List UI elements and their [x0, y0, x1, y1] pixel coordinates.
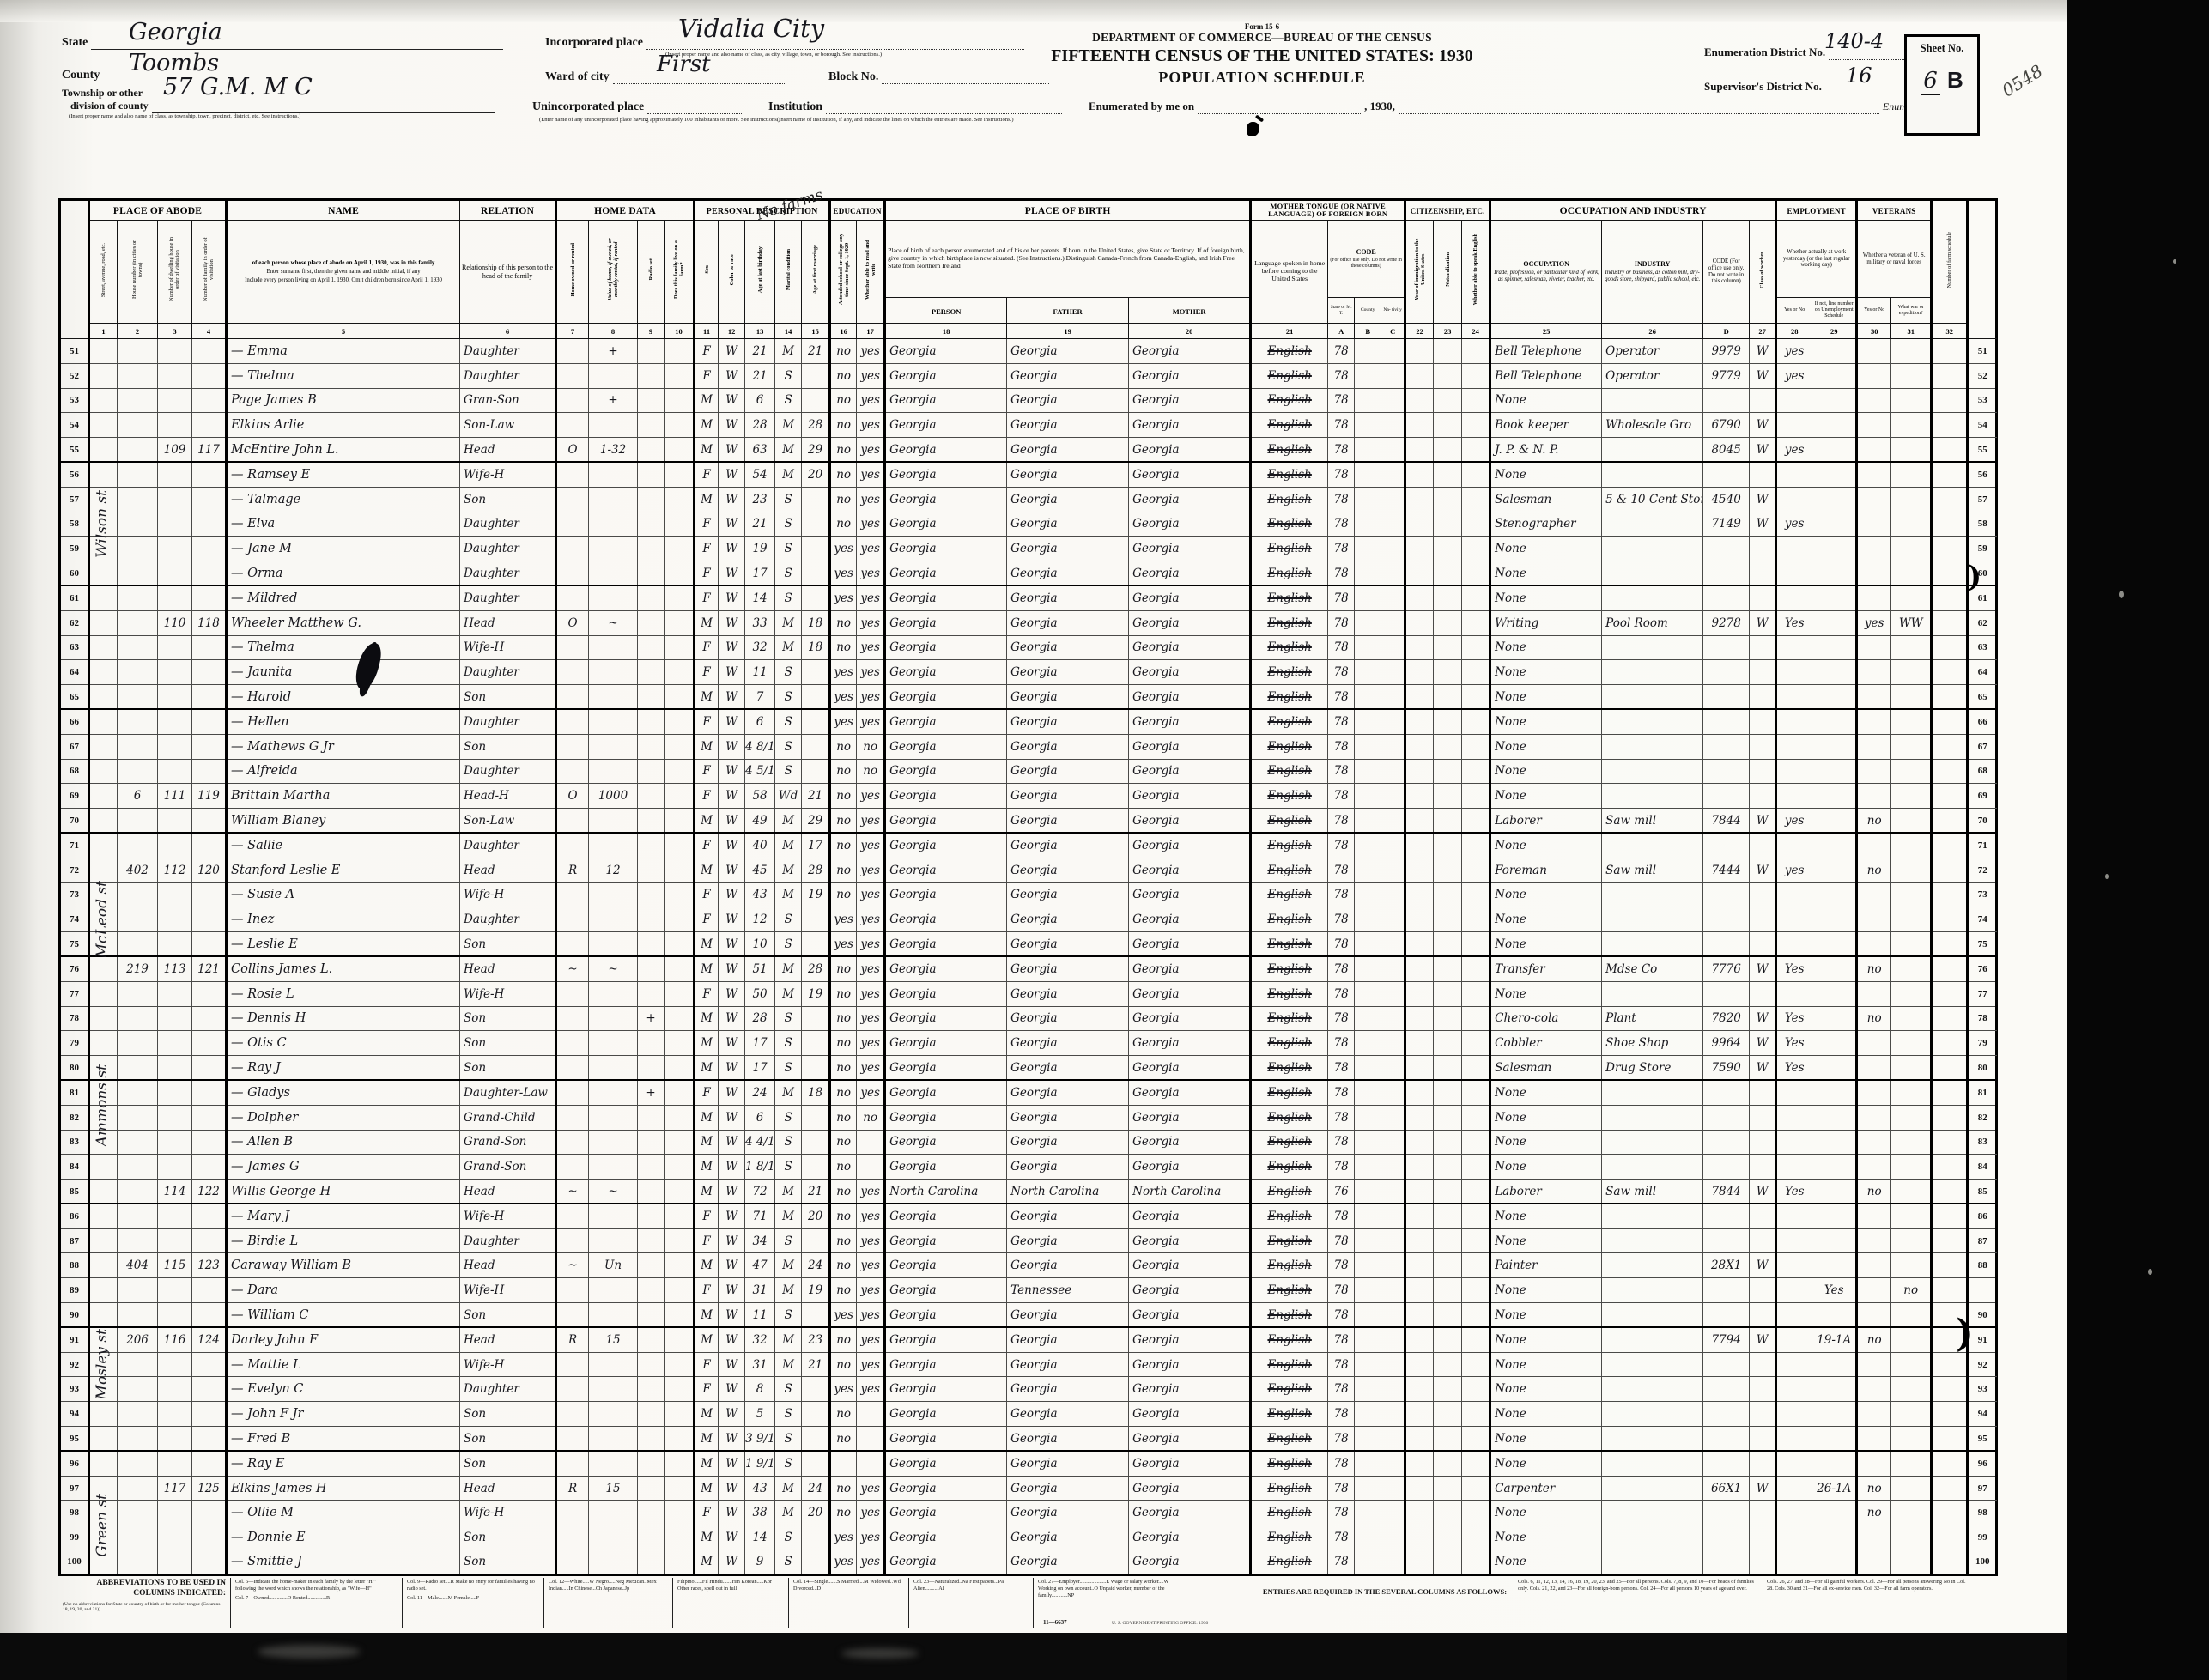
- cell: 15: [589, 1476, 638, 1501]
- cell: [158, 1550, 192, 1575]
- cell: [1812, 709, 1857, 734]
- cell: [192, 1352, 227, 1377]
- cell: 31: [745, 1352, 775, 1377]
- cell: 114: [158, 1180, 192, 1204]
- col-home-owned: Home owned or rented: [556, 221, 589, 324]
- cell: [1776, 1352, 1812, 1377]
- cell: [118, 1303, 158, 1328]
- cell: [1355, 1327, 1381, 1352]
- cell: yes: [830, 561, 857, 586]
- cell: [118, 1427, 158, 1452]
- cell: [1703, 1377, 1750, 1402]
- cell: [1405, 339, 1434, 364]
- cell: [1434, 1130, 1462, 1155]
- cell: [89, 537, 118, 561]
- cell: [1891, 907, 1932, 932]
- cell: Wife-H: [460, 635, 556, 660]
- col-age-marriage: Age at first marriage: [802, 221, 830, 324]
- cell: [1462, 759, 1490, 784]
- cell: Georgia: [1007, 882, 1129, 907]
- cell: [1405, 561, 1434, 586]
- cell: [1602, 1278, 1703, 1303]
- cell: [1776, 1253, 1812, 1278]
- line-number-cell: 92: [60, 1352, 89, 1377]
- cell: [1381, 660, 1405, 685]
- cell: Son: [460, 1031, 556, 1056]
- cell: [1750, 981, 1776, 1006]
- cell: English: [1251, 1056, 1328, 1081]
- cell: Head: [460, 1327, 556, 1352]
- cell: Head: [460, 956, 556, 981]
- cell: W: [719, 487, 745, 512]
- cell: F: [695, 1352, 719, 1377]
- cell: 78: [1328, 956, 1355, 981]
- line-number-cell: 80: [60, 1056, 89, 1081]
- cell: [192, 1501, 227, 1525]
- line-number-cell: 56: [1968, 462, 1997, 487]
- cell: Pool Room: [1602, 610, 1703, 635]
- cell: Georgia: [885, 956, 1007, 981]
- cell: Cobbler: [1490, 1031, 1602, 1056]
- col-color-race: Color or race: [719, 221, 745, 324]
- cell: [1891, 1427, 1932, 1452]
- cell: [1355, 1451, 1381, 1476]
- cell: [1602, 734, 1703, 759]
- line-number-cell: 85: [1968, 1180, 1997, 1204]
- cell: [1932, 388, 1968, 413]
- cell: [158, 809, 192, 834]
- cell: [1405, 1476, 1434, 1501]
- cell: English: [1251, 462, 1328, 487]
- cell: [1355, 932, 1381, 957]
- cell: [1602, 537, 1703, 561]
- cell: [1405, 907, 1434, 932]
- cell: 20: [802, 1501, 830, 1525]
- cell: [1891, 363, 1932, 388]
- cell: W: [719, 907, 745, 932]
- cell: [1355, 1056, 1381, 1081]
- line-number-cell: 74: [60, 907, 89, 932]
- cell: English: [1251, 561, 1328, 586]
- cell: Georgia: [1129, 1303, 1251, 1328]
- cell: [1405, 1402, 1434, 1427]
- cell: Georgia: [1129, 907, 1251, 932]
- cell: [802, 1155, 830, 1180]
- cell: [1750, 882, 1776, 907]
- cell: [1703, 907, 1750, 932]
- cell: [665, 1031, 695, 1056]
- cell: [1891, 784, 1932, 809]
- cell: [1812, 1377, 1857, 1402]
- cell: [556, 1080, 589, 1105]
- cell: S: [775, 1228, 802, 1253]
- cell: no: [830, 512, 857, 537]
- cell: Wife-H: [460, 1278, 556, 1303]
- cell: [1434, 1105, 1462, 1130]
- cell: Saw mill: [1602, 809, 1703, 834]
- cell: no: [830, 1476, 857, 1501]
- cell: English: [1251, 1377, 1328, 1402]
- line-number-cell: 53: [1968, 388, 1997, 413]
- cell: Georgia: [885, 1278, 1007, 1303]
- cell: S: [775, 585, 802, 610]
- cell: no: [830, 882, 857, 907]
- cell: O: [556, 784, 589, 809]
- cell: Georgia: [1129, 1278, 1251, 1303]
- col-relation-desc: Relationship of this person to the head …: [460, 221, 556, 324]
- cell: [1405, 956, 1434, 981]
- cell: no: [830, 734, 857, 759]
- cell: [638, 784, 665, 809]
- cell: 6: [745, 709, 775, 734]
- abbreviations-title-block: ABBREVIATIONS TO BE USED IN COLUMNS INDI…: [58, 1578, 230, 1628]
- cell: [589, 1031, 638, 1056]
- cell: 78: [1328, 734, 1355, 759]
- cell: [192, 363, 227, 388]
- line-number-cell: 73: [1968, 882, 1997, 907]
- line-number-cell: 54: [60, 413, 89, 438]
- cell: Georgia: [1129, 1031, 1251, 1056]
- cell: [665, 561, 695, 586]
- cell: [192, 809, 227, 834]
- cell: 123: [192, 1253, 227, 1278]
- cell: [1602, 1130, 1703, 1155]
- cell: [1776, 1427, 1812, 1452]
- cell: Yes: [1776, 1180, 1812, 1204]
- cell: Georgia: [1129, 1402, 1251, 1427]
- cell: F: [695, 660, 719, 685]
- cell: [1602, 512, 1703, 537]
- cell: F: [695, 882, 719, 907]
- cell: 5 & 10 Cent Store: [1602, 487, 1703, 512]
- cell: S: [775, 1130, 802, 1155]
- cell: 78: [1328, 660, 1355, 685]
- cell: [1776, 1377, 1812, 1402]
- cell: [89, 1105, 118, 1130]
- cell: J. P. & N. P.: [1490, 438, 1602, 463]
- cell: [89, 709, 118, 734]
- page-curl-mark-2: ): [1968, 560, 1981, 594]
- cell: yes: [1776, 512, 1812, 537]
- cell: [1462, 388, 1490, 413]
- cell: [118, 1031, 158, 1056]
- cell: Son-Law: [460, 413, 556, 438]
- cell: 17: [745, 1056, 775, 1081]
- cell: 3 9/12: [745, 1427, 775, 1452]
- cell: [1405, 734, 1434, 759]
- cell: [1891, 932, 1932, 957]
- cell: [1462, 1501, 1490, 1525]
- cell: [1703, 1402, 1750, 1427]
- cell: [638, 1130, 665, 1155]
- cell: no: [1857, 1180, 1891, 1204]
- cell: Georgia: [885, 1427, 1007, 1452]
- cell: [1462, 487, 1490, 512]
- cell: [89, 1278, 118, 1303]
- cell: yes: [857, 339, 885, 364]
- cell: [1932, 1352, 1968, 1377]
- cell: None: [1490, 1402, 1602, 1427]
- scan-speck: [2119, 591, 2124, 598]
- cell: [1405, 809, 1434, 834]
- cell: 78: [1328, 537, 1355, 561]
- cell: [1703, 709, 1750, 734]
- cell: [1462, 438, 1490, 463]
- cell: Georgia: [885, 438, 1007, 463]
- cell: 10: [745, 932, 775, 957]
- cell: [192, 413, 227, 438]
- cell: [1462, 339, 1490, 364]
- institution-note: (Insert name of institution, if any, and…: [777, 117, 1077, 124]
- table-row: 85114122Willis George HHead~~MW72M21noye…: [60, 1180, 1997, 1204]
- cell: [1812, 1056, 1857, 1081]
- cell: 28: [802, 858, 830, 882]
- cell: W: [719, 956, 745, 981]
- cell: [192, 561, 227, 586]
- cell: [802, 1377, 830, 1402]
- line-number-cell: 91: [60, 1327, 89, 1352]
- cell: 78: [1328, 1278, 1355, 1303]
- cell: 78: [1328, 784, 1355, 809]
- cell: W: [719, 537, 745, 561]
- cell: yes: [857, 956, 885, 981]
- cell: [1891, 462, 1932, 487]
- cell: [802, 1550, 830, 1575]
- cell: [1434, 709, 1462, 734]
- cell: [1932, 339, 1968, 364]
- cell: [1891, 413, 1932, 438]
- cell: yes: [830, 660, 857, 685]
- cell: [665, 438, 695, 463]
- cell: [638, 438, 665, 463]
- cell: [192, 981, 227, 1006]
- cell: Georgia: [1007, 660, 1129, 685]
- cell: [1703, 462, 1750, 487]
- cell: [192, 734, 227, 759]
- table-row: 55109117McEntire John L.HeadO1-32MW63M29…: [60, 438, 1997, 463]
- cell: — Ollie M: [227, 1501, 460, 1525]
- cell: North Carolina: [885, 1180, 1007, 1204]
- cell: [1355, 561, 1381, 586]
- cell: 402: [118, 858, 158, 882]
- cell: [556, 734, 589, 759]
- cell: [1703, 660, 1750, 685]
- incorporated-value: Vidalia City: [678, 14, 824, 43]
- cell: [1405, 462, 1434, 487]
- cell: yes: [857, 1525, 885, 1550]
- cell: [556, 1402, 589, 1427]
- line-number-cell: 100: [1968, 1550, 1997, 1575]
- cell: [857, 1155, 885, 1180]
- sheet-label: Sheet No.: [1907, 42, 1977, 55]
- cell: [1812, 1427, 1857, 1452]
- table-row: 54Elkins ArlieSon-LawMW28M28noyesGeorgia…: [60, 413, 1997, 438]
- cell: [857, 1130, 885, 1155]
- cell: [1812, 585, 1857, 610]
- cell: +: [638, 1006, 665, 1031]
- cell: [1891, 660, 1932, 685]
- cell: None: [1490, 882, 1602, 907]
- cell: Georgia: [885, 1327, 1007, 1352]
- cell: [89, 1056, 118, 1081]
- line-number-cell: 99: [60, 1525, 89, 1550]
- cell: [1891, 339, 1932, 364]
- cell: English: [1251, 1080, 1328, 1105]
- cell: [1812, 1204, 1857, 1228]
- cell: [158, 1525, 192, 1550]
- cell: [1405, 1155, 1434, 1180]
- cell: Georgia: [885, 1253, 1007, 1278]
- cell: [1776, 537, 1812, 561]
- cell: [1776, 1525, 1812, 1550]
- cell: Georgia: [1007, 1501, 1129, 1525]
- cell: [1381, 1056, 1405, 1081]
- cell: [638, 1451, 665, 1476]
- cell: [158, 1228, 192, 1253]
- cell: [118, 907, 158, 932]
- cell: [1434, 339, 1462, 364]
- table-row: 97117125Elkins James HHeadR15MW43M24noye…: [60, 1476, 1997, 1501]
- cell: 78: [1328, 685, 1355, 710]
- cell: yes: [857, 1006, 885, 1031]
- cell: S: [775, 1402, 802, 1427]
- cell: — Orma: [227, 561, 460, 586]
- cell: [1602, 1327, 1703, 1352]
- cell: [1355, 784, 1381, 809]
- cell: [1434, 537, 1462, 561]
- cell: English: [1251, 1105, 1328, 1130]
- cell: Georgia: [885, 339, 1007, 364]
- cell: Georgia: [1007, 932, 1129, 957]
- cell: [1355, 1303, 1381, 1328]
- cell: [1355, 1155, 1381, 1180]
- cell: W: [1750, 1056, 1776, 1081]
- cell: [1381, 561, 1405, 586]
- cell: [118, 833, 158, 858]
- scan-smudge: [841, 1648, 919, 1659]
- cell: [638, 1278, 665, 1303]
- cell: +: [638, 1080, 665, 1105]
- cell: 78: [1328, 833, 1355, 858]
- cell: [89, 1180, 118, 1204]
- cell: [1434, 1451, 1462, 1476]
- cell: W: [1750, 1006, 1776, 1031]
- cell: 21: [802, 1180, 830, 1204]
- cell: Daughter: [460, 709, 556, 734]
- group-citizenship: CITIZENSHIP, ETC.: [1405, 200, 1490, 221]
- line-number-cell: 68: [1968, 759, 1997, 784]
- col-birth-mother: MOTHER: [1129, 298, 1251, 324]
- cell: Plant: [1602, 1006, 1703, 1031]
- cell: Georgia: [885, 462, 1007, 487]
- page-curl-mark: ): [1956, 1312, 1974, 1356]
- cell: [1381, 956, 1405, 981]
- cell: [1932, 981, 1968, 1006]
- cell: [665, 784, 695, 809]
- cell: [1462, 1402, 1490, 1427]
- census-rows: 51— EmmaDaughter+FW21M21noyesGeorgiaGeor…: [60, 339, 1997, 1575]
- cell: W: [719, 1056, 745, 1081]
- cell: [1812, 512, 1857, 537]
- cell: [1381, 1253, 1405, 1278]
- cell: [665, 1352, 695, 1377]
- cell: [1857, 585, 1891, 610]
- cell: F: [695, 1501, 719, 1525]
- cell: W: [719, 932, 745, 957]
- cell: [638, 610, 665, 635]
- col-age: Age at last birthday: [745, 221, 775, 324]
- cell: [1812, 809, 1857, 834]
- cell: [1602, 388, 1703, 413]
- cell: 78: [1328, 1476, 1355, 1501]
- cell: Son: [460, 685, 556, 710]
- cell: Georgia: [1007, 363, 1129, 388]
- line-number-cell: 98: [60, 1501, 89, 1525]
- cell: [89, 1228, 118, 1253]
- cell: [1355, 1130, 1381, 1155]
- cell: 78: [1328, 932, 1355, 957]
- cell: S: [775, 363, 802, 388]
- cell: [1812, 413, 1857, 438]
- cell: [1405, 635, 1434, 660]
- cell: [638, 809, 665, 834]
- cell: [1857, 882, 1891, 907]
- cell: Georgia: [1129, 709, 1251, 734]
- table-row: 81— GladysDaughter-Law+FW24M18noyesGeorg…: [60, 1080, 1997, 1105]
- cell: None: [1490, 1427, 1602, 1452]
- cell: [1355, 1253, 1381, 1278]
- cell: [1381, 1476, 1405, 1501]
- cell: [1405, 1105, 1434, 1130]
- cell: W: [719, 1303, 745, 1328]
- cell: W: [1750, 363, 1776, 388]
- cell: [665, 734, 695, 759]
- cell: [118, 1525, 158, 1550]
- cell: McEntire John L.: [227, 438, 460, 463]
- cell: 4540: [1703, 487, 1750, 512]
- cell: 7820: [1703, 1006, 1750, 1031]
- line-number-cell: 95: [1968, 1427, 1997, 1452]
- cell: [638, 537, 665, 561]
- cell: [192, 1525, 227, 1550]
- cell: yes: [830, 709, 857, 734]
- cell: [638, 339, 665, 364]
- table-row: 90— William CSonMW11SyesyesGeorgiaGeorgi…: [60, 1303, 1997, 1328]
- cell: yes: [857, 561, 885, 586]
- cell: no: [830, 1228, 857, 1253]
- township-value: 57 G.M. M C: [163, 74, 313, 100]
- cell: yes: [857, 685, 885, 710]
- cell: yes: [857, 363, 885, 388]
- cell: 32: [745, 1327, 775, 1352]
- cell: no: [1857, 809, 1891, 834]
- cell: 78: [1328, 462, 1355, 487]
- cell: M: [695, 1402, 719, 1427]
- cell: — Dennis H: [227, 1006, 460, 1031]
- cell: no: [830, 1278, 857, 1303]
- cell: [192, 685, 227, 710]
- cell: [1891, 981, 1932, 1006]
- cell: [556, 1550, 589, 1575]
- cell: English: [1251, 932, 1328, 957]
- cell: [1381, 1352, 1405, 1377]
- cell: S: [775, 512, 802, 537]
- cell: Son: [460, 1303, 556, 1328]
- cell: Georgia: [885, 932, 1007, 957]
- cell: 78: [1328, 438, 1355, 463]
- cell: 1-32: [589, 438, 638, 463]
- cell: [1462, 1105, 1490, 1130]
